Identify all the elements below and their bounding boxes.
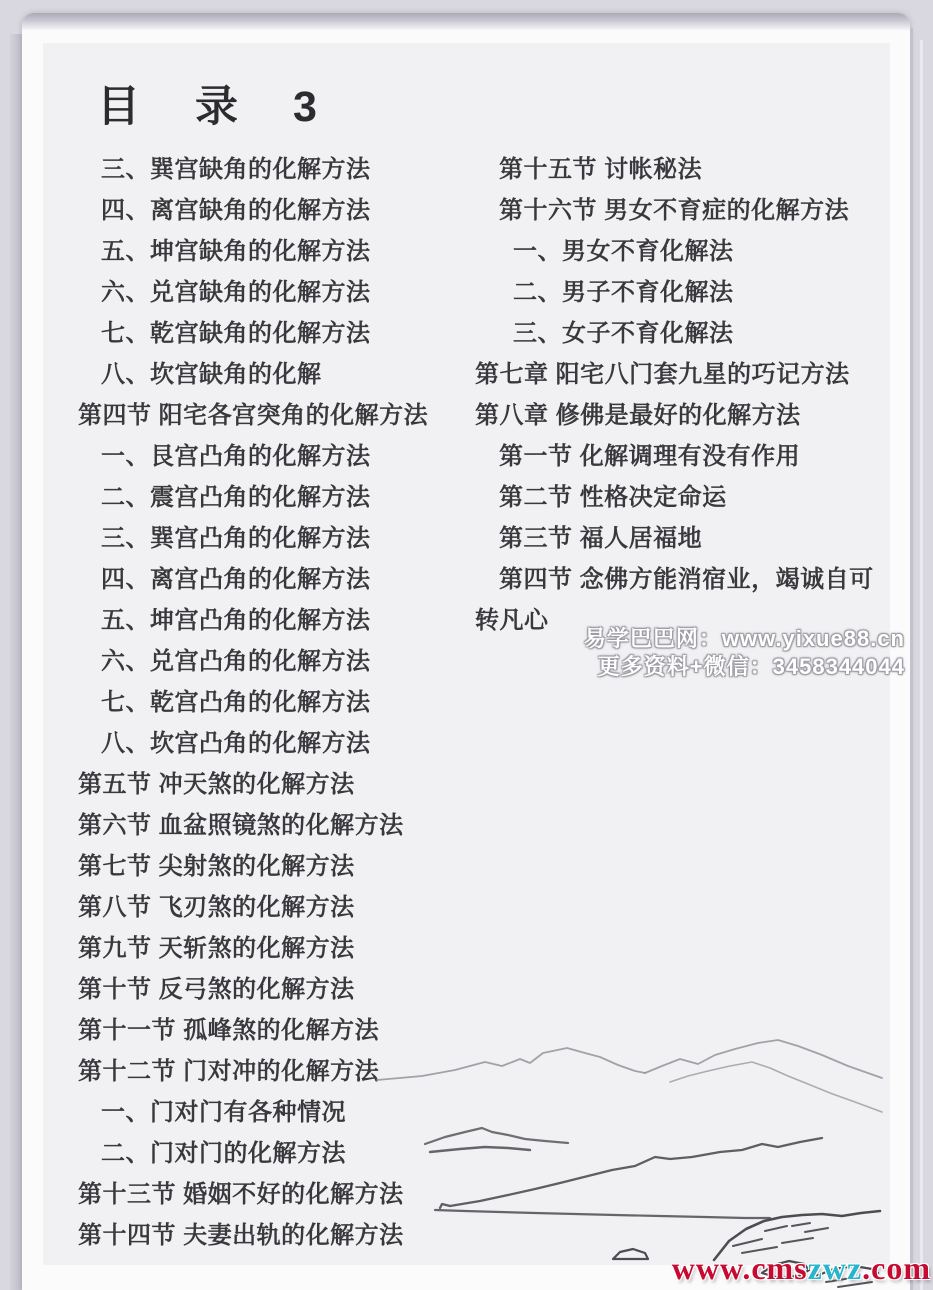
page-top-edge-shadow — [22, 13, 910, 31]
toc-entry: 四、离宫凸角的化解方法 — [101, 559, 428, 600]
toc-entry: 三、巽宫缺角的化解方法 — [101, 149, 428, 190]
toc-entry: 七、乾宫缺角的化解方法 — [101, 313, 428, 354]
page-right-edge-shadow — [910, 28, 913, 1290]
toc-entry: 二、震宫凸角的化解方法 — [101, 477, 428, 518]
toc-entry: 一、男女不育化解法 — [513, 231, 874, 272]
toc-entry: 三、女子不育化解法 — [513, 313, 874, 354]
toc-entry: 第十节 反弓煞的化解方法 — [78, 969, 428, 1010]
ink-mountain-landscape-art — [370, 1040, 880, 1280]
page-right-edge-highlight — [920, 40, 923, 1290]
toc-entry: 一、艮宫凸角的化解方法 — [101, 436, 428, 477]
page-title: 目 录 3 — [97, 73, 323, 134]
toc-entry: 第八节 飞刃煞的化解方法 — [78, 887, 428, 928]
watermark-wechat-line: 更多资料+微信：3458344044 — [584, 653, 905, 681]
toc-entry: 六、兑宫缺角的化解方法 — [101, 272, 428, 313]
toc-entry: 八、坎宫凸角的化解方法 — [101, 723, 428, 764]
document-page: 目 录 3 三、巽宫缺角的化解方法四、离宫缺角的化解方法五、坤宫缺角的化解方法六… — [22, 13, 910, 1290]
toc-right-column: 第十五节 讨帐秘法第十六节 男女不育症的化解方法一、男女不育化解法二、男子不育化… — [475, 149, 874, 641]
toc-entry: 三、巽宫凸角的化解方法 — [101, 518, 428, 559]
toc-entry: 第五节 冲天煞的化解方法 — [78, 764, 428, 805]
footer-url-suffix: .com — [862, 1250, 931, 1286]
toc-entry: 第四节 阳宅各宫突角的化解方法 — [78, 395, 428, 436]
toc-entry: 七、乾宫凸角的化解方法 — [101, 682, 428, 723]
toc-entry: 第二节 性格决定命运 — [499, 477, 874, 518]
toc-entry: 五、坤宫缺角的化解方法 — [101, 231, 428, 272]
footer-url-highlight: zwz — [808, 1250, 863, 1286]
toc-entry: 第四节 念佛方能消宿业，竭诚自可 — [499, 559, 874, 600]
toc-entry: 八、坎宫缺角的化解 — [101, 354, 428, 395]
toc-entry: 第九节 天斩煞的化解方法 — [78, 928, 428, 969]
toc-entry: 第十五节 讨帐秘法 — [499, 149, 874, 190]
toc-entry: 第三节 福人居福地 — [499, 518, 874, 559]
toc-entry: 五、坤宫凸角的化解方法 — [101, 600, 428, 641]
page-left-edge-shadow — [10, 34, 22, 1290]
toc-entry: 第十六节 男女不育症的化解方法 — [499, 190, 874, 231]
watermark-site-line: 易学巴巴网：www.yixue88.cn — [584, 625, 905, 653]
toc-entry: 第八章 修佛是最好的化解方法 — [475, 395, 874, 436]
footer-url-prefix: www.cms — [672, 1250, 808, 1286]
toc-entry: 六、兑宫凸角的化解方法 — [101, 641, 428, 682]
toc-entry: 四、离宫缺角的化解方法 — [101, 190, 428, 231]
footer-site-url: www.cmszwz.com — [672, 1250, 931, 1287]
toc-entry: 第六节 血盆照镜煞的化解方法 — [78, 805, 428, 846]
toc-entry: 第七节 尖射煞的化解方法 — [78, 846, 428, 887]
toc-entry: 第一节 化解调理有没有作用 — [499, 436, 874, 477]
watermark: 易学巴巴网：www.yixue88.cn 更多资料+微信：3458344044 — [584, 625, 905, 681]
toc-entry: 第七章 阳宅八门套九星的巧记方法 — [475, 354, 874, 395]
toc-entry: 二、男子不育化解法 — [513, 272, 874, 313]
